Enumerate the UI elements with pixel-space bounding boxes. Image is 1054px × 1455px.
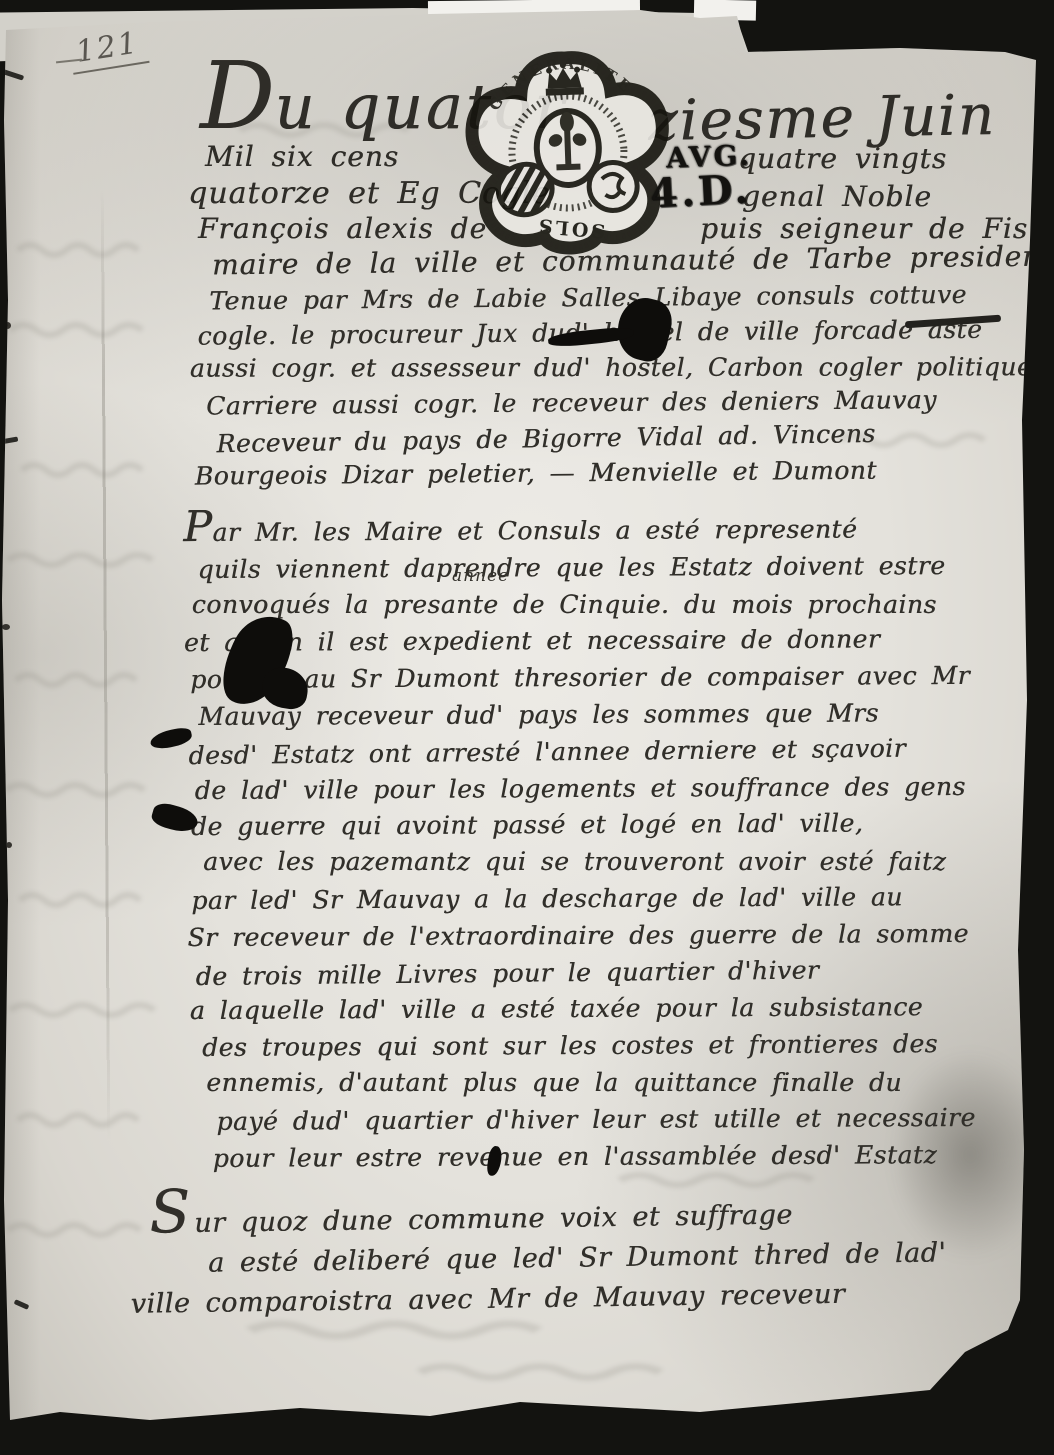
manuscript-line: de guerre qui avoint passé et logé en la… [191, 805, 974, 846]
fiscal-stamp: GENERALITE SOLS [448, 44, 687, 264]
manuscript-line: pouvoir au Sr Dumont thresorier de compa… [190, 658, 973, 699]
edge-speck [2, 624, 10, 630]
manuscript-line: convoqués la presante de Cinquie. du moi… [192, 587, 973, 624]
manuscript-line: Sr receveur de l'extraordinaire des guer… [187, 916, 974, 957]
paragraph-deliberation: Par Mr. les Maire et Consuls a esté repr… [183, 506, 976, 1177]
manuscript-line: aussi cogr. et assesseur dud' hostel, Ca… [190, 349, 1032, 385]
manuscript-line: desd' Estatz ont arresté l'annee dernier… [188, 730, 974, 775]
manuscript-line: par led' Sr Mauvay a la descharge de lad… [191, 879, 974, 920]
manuscript-line: et ainsin il est expedient et necessaire… [184, 621, 973, 662]
interline-insertion: annee [452, 566, 509, 586]
manuscript-line: Mauvay receveur dud' pays les sommes que… [198, 695, 973, 736]
duty-stamp-4d: 4.D. [649, 165, 752, 217]
edge-speck [6, 842, 12, 848]
manuscript-line: pour leur estre revenue en l'assamblée d… [213, 1136, 976, 1177]
manuscript-line: quils viennent daprendre que les Estatz … [197, 548, 972, 589]
paragraph-attendance: Tenue par Mrs de Labie Salles Libaye con… [181, 276, 1033, 493]
opening-line: François alexis de [198, 212, 487, 245]
manuscript-line: des troupes qui sont sur les costes et f… [202, 1026, 975, 1067]
opening-line: genal Noble [742, 180, 932, 213]
manuscript-page: 121 Du quator ziesme Juin GENERALITE [0, 0, 1054, 1455]
manuscript-line: payé dud' quartier d'hiver leur est util… [216, 1100, 975, 1141]
manuscript-line: de trois mille Livres pour le quartier d… [196, 950, 976, 995]
manuscript-line: Par Mr. les Maire et Consuls a esté repr… [183, 506, 972, 552]
paragraph-resolution: Sur quoz dune commune voix et suffragea … [149, 1182, 947, 1324]
edge-speck [4, 322, 11, 329]
manuscript-line: avec les pazemantz qui se trouveront avo… [203, 844, 974, 881]
manuscript-line: de lad' ville pour les logements et souf… [195, 769, 974, 810]
manuscript-line: ennemis, d'autant plus que la quittance … [206, 1065, 975, 1102]
manuscript-line: a laquelle lad' ville a esté taxée pour … [190, 989, 975, 1030]
scan-background: { "page_number": "121", "heading": { "pa… [0, 0, 1054, 1455]
